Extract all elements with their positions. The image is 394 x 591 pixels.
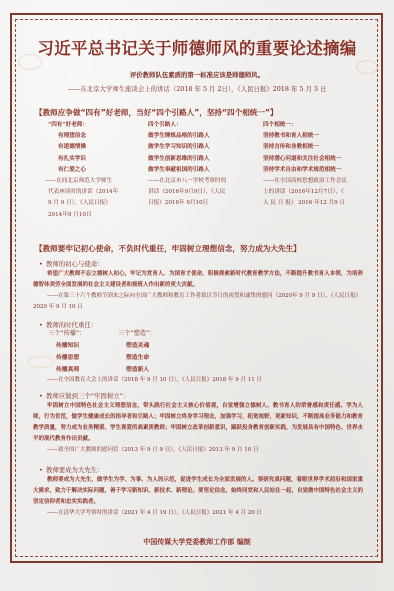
- page-title: 习近平总书记关于师德师风的重要论述摘编: [0, 35, 394, 59]
- list-item: 坚持教书和育人相统一: [263, 131, 373, 142]
- column-four-unities: 四个相统一： 坚持教书和育人相统一 坚持言传和身教相统一 坚持潜心问道和关注社会…: [263, 120, 373, 210]
- source-line: ——在全国高校思想政治工作会议: [263, 176, 373, 187]
- column-four-haves: “四有”好老师： 有理想信念 有道德情操 有扎实学识 有仁爱之心 ——在同北京师…: [48, 120, 138, 221]
- bullet-icon: •: [39, 392, 46, 400]
- list-header: 三个“塑造”：: [118, 328, 155, 340]
- subsection-source: ——在全国教育大会上的讲话（2018 年 9 月 10 日），《人民日报》201…: [47, 375, 377, 386]
- intro-quote: 评价教师队伍素质的第一标准应该是师德师风。: [0, 70, 394, 79]
- footer-editor: 中国传媒大学党委教师工作部 编制: [0, 537, 394, 547]
- list-item: 有理想信念: [48, 131, 138, 142]
- subsection-heading: •教师的初心与使命：: [39, 259, 104, 268]
- list-item: 有道德情操: [48, 142, 138, 153]
- column-header: 四个引路人：: [148, 120, 248, 131]
- source-line: 日报》2016年 9月10日: [148, 198, 248, 209]
- subsection-text: 教师要成为大先生，做学生为学、为事、为人的示范，促进学生成长为全面发展的人。要研…: [33, 475, 363, 508]
- subsection-source: ——致全国广大教师的慰问信（2013 年 9 月 9 日），《人民日报》2013…: [33, 445, 363, 456]
- list-item: 坚持言传和身教相统一: [263, 142, 373, 153]
- source-line: ——在同北京师范大学师生: [45, 176, 138, 187]
- list-item: 坚持学术自由和学术规范相统一: [263, 165, 373, 176]
- list-item: 坚持潜心问道和关注社会相统一: [263, 154, 373, 165]
- subsection-text: 牢固树立中国特色社会主义理想信念，带头践行社会主义核心价值观，自觉增强立德树人、…: [33, 401, 363, 445]
- intro-source: ——在北京大学师生座谈会上的讲话（2018 年 5 月 2日），《人民日报》20…: [0, 84, 394, 93]
- list-header: 三个“传播”：: [48, 328, 85, 340]
- source-line: 人 民 日 报》 2016 年12 月9 日: [263, 198, 373, 209]
- list-item: 做学生创新思维的引路人: [148, 154, 248, 165]
- list-item: 传播思想: [48, 352, 85, 364]
- section1-heading: 【教师应争做“四有”好老师，当好“四个引路人”，坚持“四个相统一”】: [35, 107, 278, 118]
- list-item: 有扎实学识: [48, 154, 138, 165]
- list-item: 做学生学习知识的引路人: [148, 142, 248, 153]
- bullet-icon: •: [39, 466, 46, 474]
- subsection-text: 希望广大教师不忘立德树人初心，牢记为党育人、为国育才使命，积极探索新时代教育教学…: [33, 269, 363, 291]
- list-item: 做学生锤炼品格的引路人: [148, 131, 248, 142]
- column-header: 四个相统一：: [263, 120, 373, 131]
- subsection-heading: •教师要成为大先生：: [39, 465, 104, 474]
- source-line: 讲话（2016年9月9日），《人民: [148, 187, 248, 198]
- bullet-icon: •: [39, 321, 46, 329]
- source-line: ——在北京市八一学校考察时的: [148, 176, 248, 187]
- source-line: 9 月 9 日），《人民日报》: [48, 198, 138, 209]
- subsection-source: ——在清华大学考察时的讲话（2021 年 4 月 19 日），《人民日报》202…: [33, 508, 363, 519]
- source-line: 2014年9 月10日: [48, 210, 138, 221]
- list-item: 做学生奉献祖国的引路人: [148, 165, 248, 176]
- subsection-source: ——在第三十六个教师节到来之际向全国广大教师和教育工作者致以节日的祝贺和诚挚的慰…: [33, 291, 363, 313]
- column-header: “四有”好老师：: [48, 120, 138, 131]
- list-item: 塑造灵魂: [118, 340, 155, 352]
- subsection-heading: •教师应做到三个“牢固树立”：: [39, 391, 129, 400]
- list-item: 塑造生命: [118, 352, 155, 364]
- section2-heading: 【教师要牢记初心使命，不负时代重任，牢固树立理想信念，努力成为大先生】: [35, 243, 301, 254]
- column-four-guides: 四个引路人： 做学生锤炼品格的引路人 做学生学习知识的引路人 做学生创新思维的引…: [148, 120, 248, 210]
- three-spread-list: 三个“传播”： 传播知识 传播思想 传播真理: [48, 328, 85, 376]
- three-shape-list: 三个“塑造”： 塑造灵魂 塑造生命 塑造新人: [118, 328, 155, 376]
- source-line: 上的讲话（2016年12月7日），《: [263, 187, 373, 198]
- list-item: 有仁爱之心: [48, 165, 138, 176]
- bullet-icon: •: [39, 260, 46, 268]
- source-line: 代表座谈时的讲话（2014年: [48, 187, 138, 198]
- list-item: 传播知识: [48, 340, 85, 352]
